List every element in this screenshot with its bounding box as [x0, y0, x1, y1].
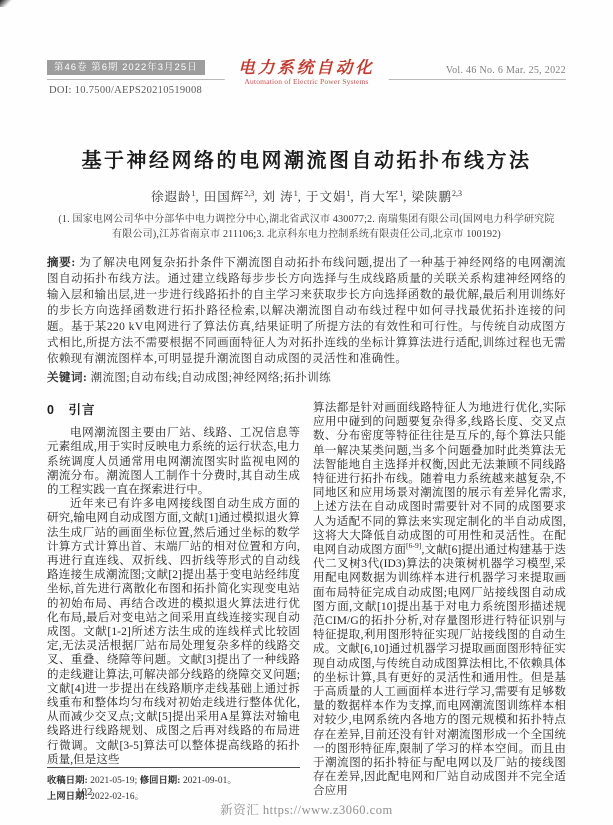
article-title: 基于神经网络的电网潮流图自动拓扑布线方法 — [47, 148, 566, 174]
abstract-label: 摘要: — [47, 257, 76, 269]
author: 于文娟1, — [306, 190, 359, 204]
abstract-text: 为了解决电网复杂拓扑条件下潮流图自动拓扑布线问题,提出了一种基于神经网络的电网潮… — [47, 257, 566, 365]
page-number: 102 — [76, 786, 93, 798]
author-affil-sup: 2,3 — [244, 189, 254, 198]
scan-artifact — [0, 0, 12, 7]
author-affil-sup: 2,3 — [452, 189, 462, 198]
body-paragraph: 近年来已有许多电网接线图自动生成方面的研究,输电网自动成图方面,文献[1]通过模… — [47, 497, 300, 767]
author: 梁陕鹏2,3 — [411, 190, 462, 204]
left-column: 0 引言 电网潮流图主要由厂站、线路、工况信息等元素组成,用于实时反映电力系统的… — [47, 401, 300, 795]
keywords: 关键词: 潮流图;自动布线;自动成图;神经网络;拓扑训练 — [47, 370, 566, 386]
abstract: 摘要: 为了解决电网复杂拓扑条件下潮流图自动拓扑布线问题,提出了一种基于神经网络… — [47, 255, 566, 367]
right-column: 算法都是针对画面线路特征人为地进行优化,实际应用中碰到的问题要复杂得多,线路长度… — [313, 401, 566, 795]
journal-logo: 电力系统自动化 Automation of Electric Power Sys… — [224, 59, 389, 87]
affiliations: (1. 国家电网公司华中分部华中电力调控分中心,湖北省武汉市 430077;2.… — [54, 212, 559, 242]
author: 田国辉2,3, — [204, 190, 263, 204]
citation-superscript: [6-9] — [406, 541, 422, 550]
page-header: 第46卷 第6期 2022年3月25日 DOI: 10.7500/AEPS202… — [47, 58, 566, 104]
keywords-text: 潮流图;自动布线;自动成图;神经网络;拓扑训练 — [91, 372, 331, 384]
section-heading: 0 引言 — [47, 403, 300, 417]
keywords-label: 关键词: — [47, 372, 87, 384]
body-columns: 0 引言 电网潮流图主要由厂站、线路、工况信息等元素组成,用于实时反映电力系统的… — [47, 401, 566, 795]
volume-issue-en: Vol. 46 No. 6 Mar. 25, 2022 — [446, 65, 566, 76]
body-paragraph: 算法都是针对画面线路特征人为地进行优化,实际应用中碰到的问题要复杂得多,线路长度… — [313, 401, 566, 799]
doi-text: DOI: 10.7500/AEPS20210519008 — [49, 85, 202, 96]
author: 刘 涛1, — [263, 190, 306, 204]
author-line: 徐遐龄1, 田国辉2,3, 刘 涛1, 于文娟1, 肖大军1, 梁陕鹏2,3 — [47, 187, 566, 205]
author: 肖大军1, — [359, 190, 412, 204]
issue-badge: 第46卷 第6期 2022年3月25日 — [47, 60, 205, 75]
journal-name-en: Automation of Electric Power Systems — [238, 77, 375, 87]
journal-page: 第46卷 第6期 2022年3月25日 DOI: 10.7500/AEPS202… — [0, 0, 613, 825]
journal-name-cn: 电力系统自动化 — [238, 59, 375, 77]
body-paragraph: 电网潮流图主要由厂站、线路、工况信息等元素组成,用于实时反映电力系统的运行状态,… — [47, 426, 300, 497]
watermark: 新资汇 https://www.z3060.com — [0, 800, 613, 818]
author: 徐遐龄1, — [151, 190, 204, 204]
